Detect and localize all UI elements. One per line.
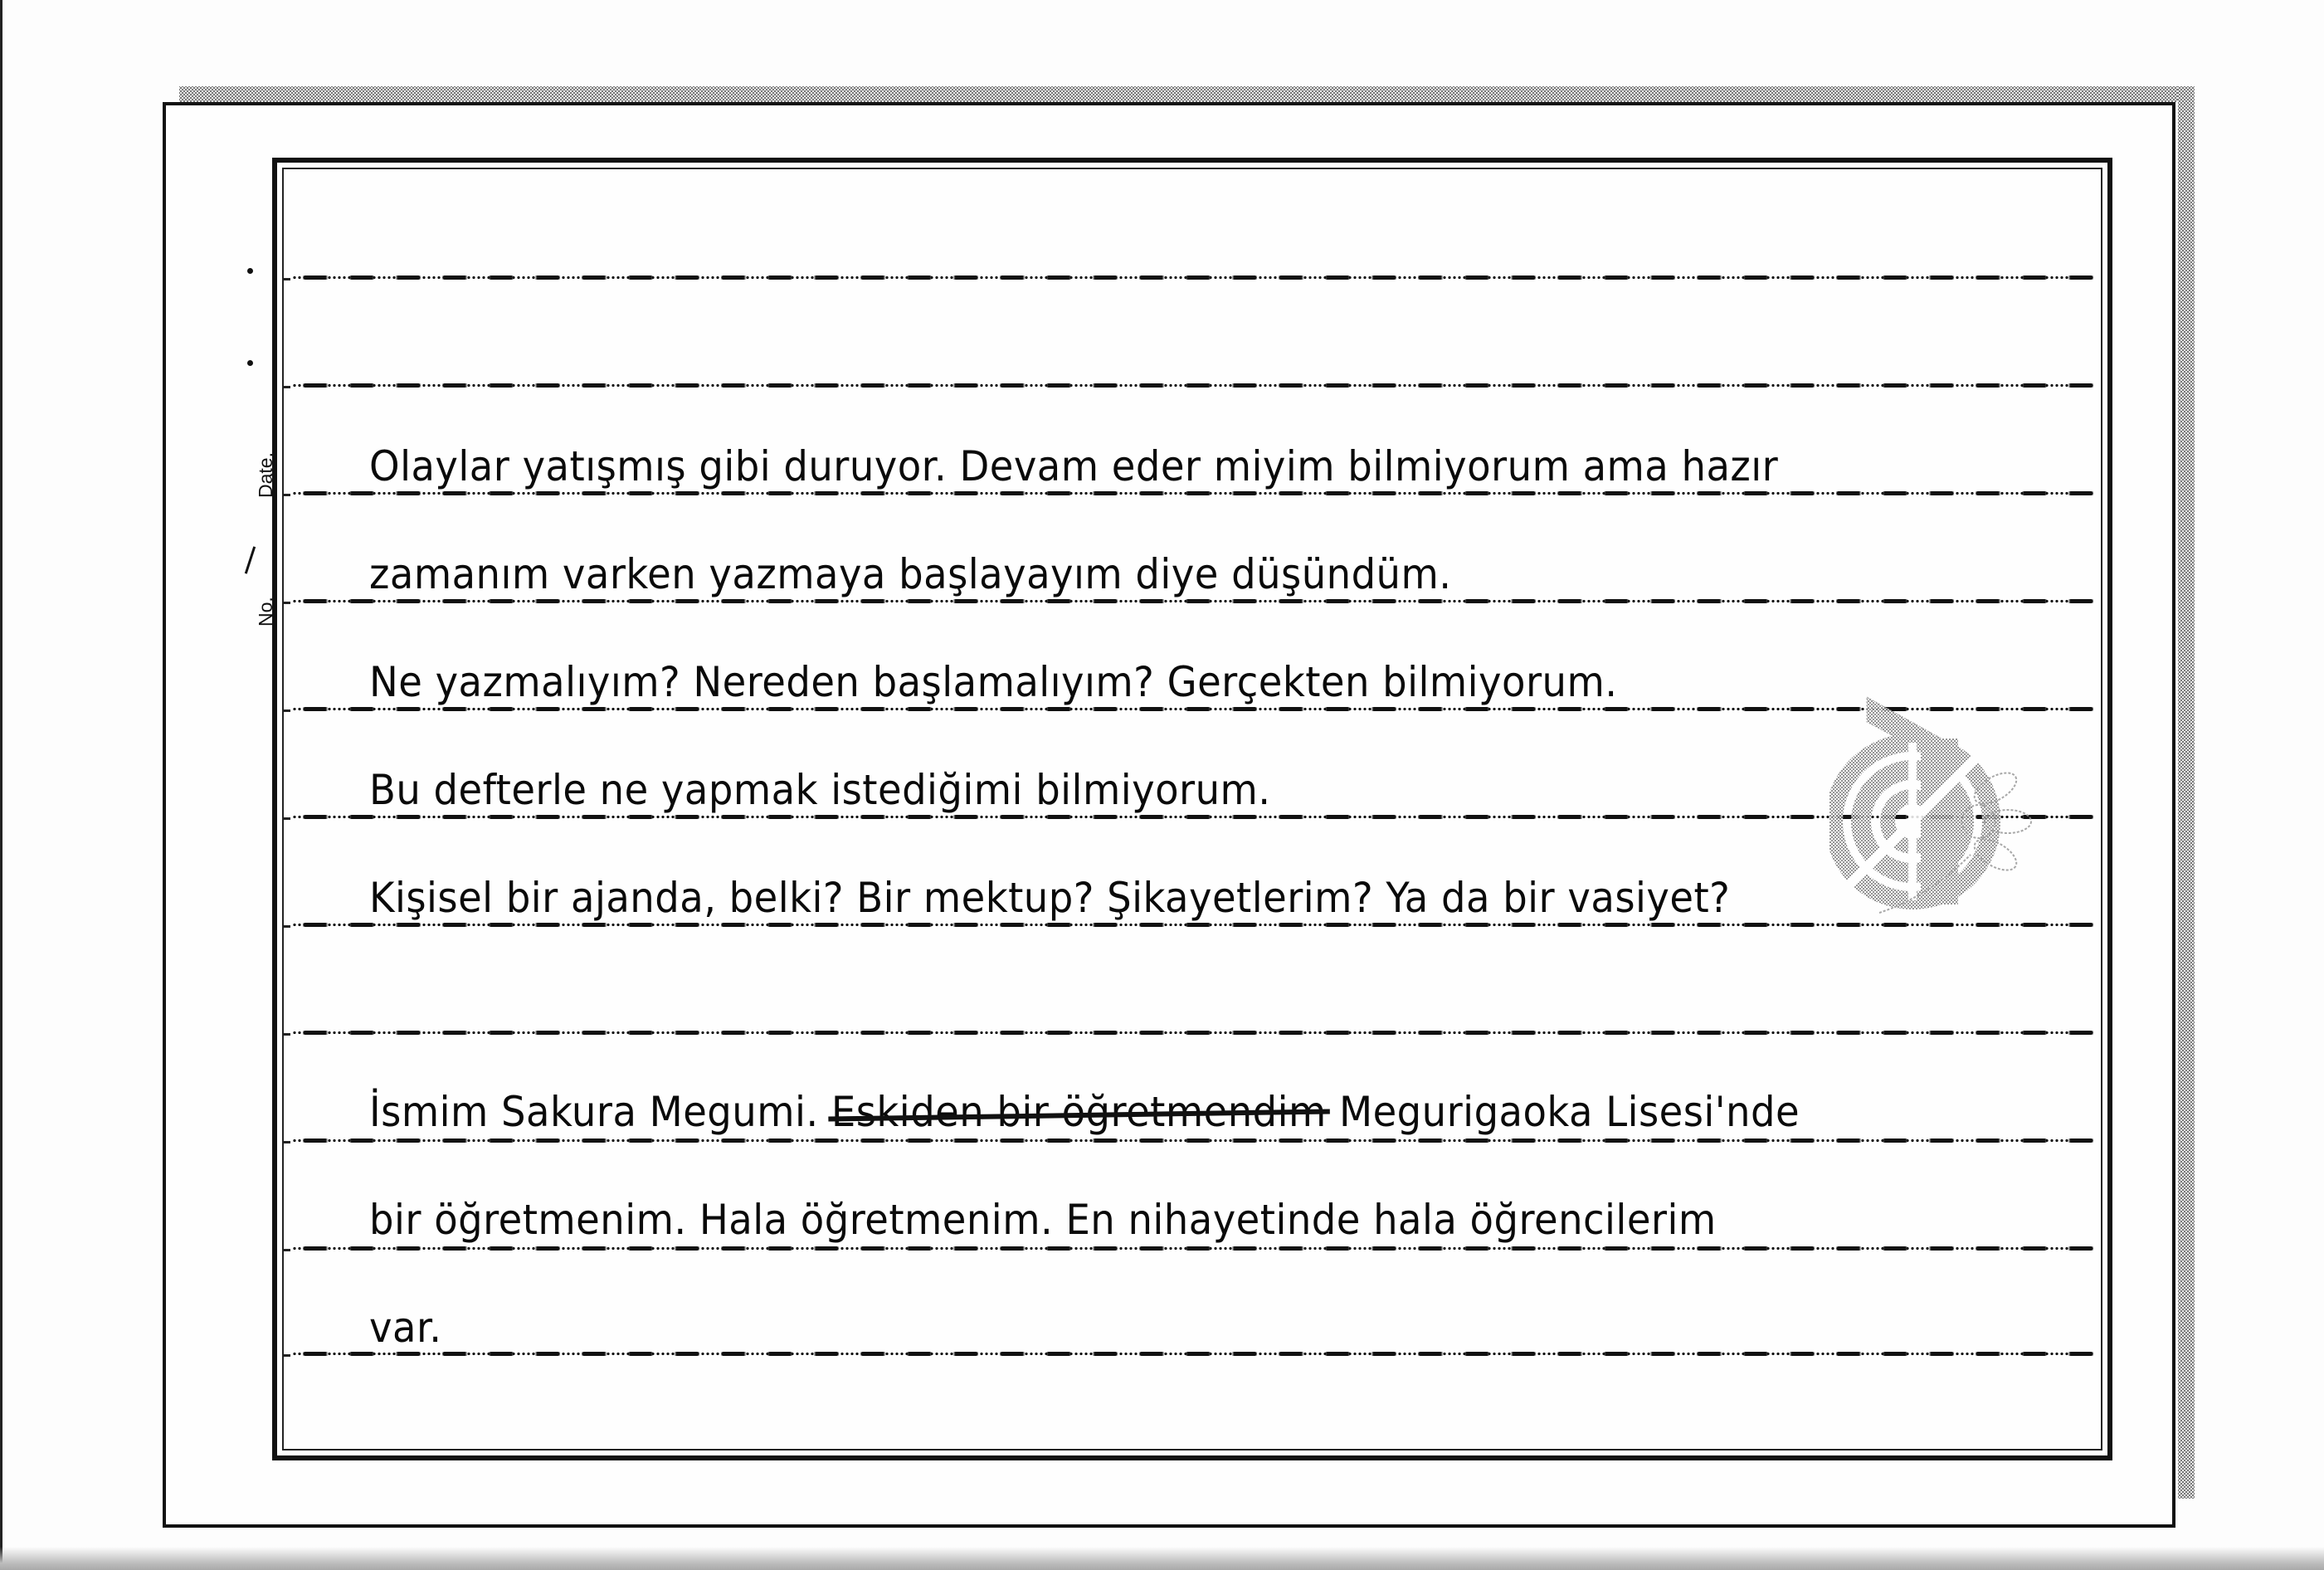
number-label: No. xyxy=(255,597,277,627)
ruled-line xyxy=(292,1353,2094,1355)
ruled-line xyxy=(292,1139,2094,1142)
struck-out-text: Eskiden bir öğretmendim xyxy=(831,1091,1327,1133)
journal-line-8: bir öğretmenim. Hala öğretmenim. En niha… xyxy=(369,1199,1717,1241)
margin-tick xyxy=(284,278,290,280)
ruled-line xyxy=(292,600,2094,602)
margin-tick xyxy=(284,925,290,928)
margin-tick xyxy=(284,1249,290,1251)
margin-tick xyxy=(284,1033,290,1036)
margin-tick xyxy=(284,602,290,604)
margin-dot xyxy=(247,360,253,366)
page-shadow-right xyxy=(2178,86,2195,1499)
journal-line-3: Ne yazmalıyım? Nereden başlamalıyım? Ger… xyxy=(369,661,1617,703)
margin-tick xyxy=(284,494,290,496)
margin-dot xyxy=(247,268,253,274)
journal-line-1: Olaylar yatışmış gibi duruyor. Devam ede… xyxy=(369,446,1778,487)
scan-bottom-edge xyxy=(0,1547,2324,1570)
journal-line-7: İsmim Sakura Megumi. Eskiden bir öğretme… xyxy=(369,1091,1800,1133)
scan-edge xyxy=(0,0,2,1570)
journal-line-5: Kişisel bir ajanda, belki? Bir mektup? Ş… xyxy=(369,877,1730,919)
page-shadow-top xyxy=(179,86,2195,102)
ruled-line xyxy=(292,384,2094,387)
ruled-line xyxy=(292,816,2094,818)
ruled-line xyxy=(292,924,2094,926)
journal-line-4: Bu defterle ne yapmak istediğimi bilmiyo… xyxy=(369,769,1271,811)
ruled-line xyxy=(292,276,2094,279)
journal-line-9: var. xyxy=(369,1307,442,1348)
margin-tick xyxy=(284,1141,290,1143)
ruled-line xyxy=(292,708,2094,710)
margin-tick xyxy=(284,386,290,388)
date-label: Date. xyxy=(255,452,277,498)
ruled-line xyxy=(292,1247,2094,1250)
margin-tick xyxy=(284,709,290,712)
margin-tick xyxy=(284,817,290,820)
school-name-text: Megurigaoka Lisesi'nde xyxy=(1339,1088,1800,1136)
school-emblem-icon xyxy=(1829,689,2045,938)
margin-tick xyxy=(284,1354,290,1357)
name-intro-text: İsmim Sakura Megumi. xyxy=(369,1088,819,1136)
ruled-line xyxy=(292,492,2094,495)
ruled-line xyxy=(292,1031,2094,1034)
journal-line-2: zamanım varken yazmaya başlayayım diye d… xyxy=(369,553,1451,595)
